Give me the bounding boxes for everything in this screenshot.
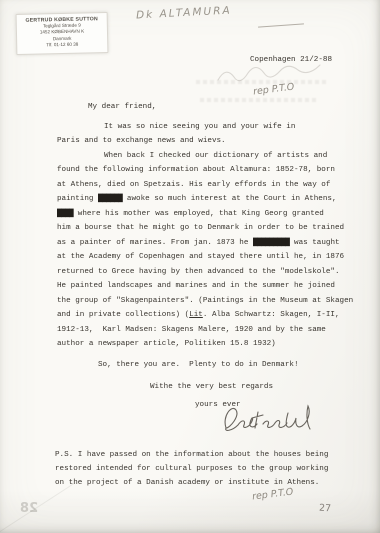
postscript-line: P.S. I have passed on the information ab… bbox=[55, 449, 365, 463]
letter-line: My dear friend, bbox=[88, 100, 380, 115]
letter-line: the group of "Skagenpainters". (Painting… bbox=[57, 294, 380, 309]
typewriter-text: at Athens, died on Spetzais. His early e… bbox=[57, 181, 330, 189]
pencil-underline bbox=[258, 23, 304, 27]
typewriter-text: Paris and to exchange news and wievs. bbox=[57, 137, 226, 145]
letter-line: at Athens, died on Spetzais. His early e… bbox=[57, 178, 380, 193]
typewriter-text: My dear friend, bbox=[88, 103, 156, 111]
typewriter-text: as a painter of marines. From jan. 1873 … bbox=[57, 239, 253, 247]
typewriter-text: the group of "Skagenpainters". (Painting… bbox=[57, 297, 353, 305]
show-through-text-artifact bbox=[196, 80, 326, 84]
letter-line: returned to Grece having by then advance… bbox=[57, 265, 380, 280]
typewriter-text: 1912-13, Karl Madsen: Skagens Malere, 19… bbox=[57, 326, 326, 334]
typewriter-text: author a newspaper article, Politiken 15… bbox=[57, 340, 276, 348]
typewriter-text: where his mother was employed, that King… bbox=[73, 210, 324, 218]
letter-line: 1912-13, Karl Madsen: Skagens Malere, 19… bbox=[57, 323, 380, 338]
postscript-block: P.S. I have passed on the information ab… bbox=[55, 449, 365, 490]
paper-crease bbox=[0, 482, 76, 533]
letter-line: Withe the very best regards bbox=[150, 380, 380, 395]
sender-address-stamp: GERTRUD KØBKE SUTTON Teglgård Stræde 9 1… bbox=[16, 12, 109, 55]
letter-scan-page: GERTRUD KØBKE SUTTON Teglgård Stræde 9 1… bbox=[0, 0, 380, 533]
letter-line: as a painter of marines. From jan. 1873 … bbox=[57, 236, 380, 251]
letter-line: It was so nice seeing you and your wife … bbox=[104, 120, 380, 135]
letter-line: ████ where his mother was employed, that… bbox=[57, 207, 380, 222]
typewriter-text: found the following information about Al… bbox=[57, 166, 335, 174]
letter-line: at the Academy of Copenhagen and stayed … bbox=[57, 250, 380, 265]
handwritten-note-top: Dk ALTAMURA bbox=[136, 5, 232, 22]
letter-line: painting ██████ awoke so much interest a… bbox=[57, 192, 380, 207]
postscript-line: restored intended for cultural purposes … bbox=[55, 463, 365, 477]
typewriter-text: returned to Grece having by then advance… bbox=[57, 268, 340, 276]
typewriter-text: Withe the very best regards bbox=[150, 383, 273, 391]
typewriter-text: . Alba Schwartz: Skagen, I-II, bbox=[203, 311, 340, 319]
letter-body: My dear friend,It was so nice seeing you… bbox=[0, 100, 380, 412]
typewriter-text: at the Academy of Copenhagen and stayed … bbox=[57, 253, 344, 261]
typewriter-text: So, there you are. Plenty to do in Denma… bbox=[98, 361, 299, 369]
sender-phone: Tlf. 01-12 60 38 bbox=[19, 41, 105, 49]
letter-line: When back I checked our dictionary of ar… bbox=[104, 149, 380, 164]
typewriter-text: It was so nice seeing you and your wife … bbox=[104, 123, 295, 131]
postscript-line: on the project of a Danish academy or in… bbox=[55, 477, 365, 491]
typewriter-text: painting bbox=[57, 195, 98, 203]
typewriter-text: When back I checked our dictionary of ar… bbox=[104, 152, 327, 160]
typewriter-text: He painted landscapes and marines and in… bbox=[57, 282, 335, 290]
letter-line: He painted landscapes and marines and in… bbox=[57, 279, 380, 294]
struck-out-text: ██████ bbox=[98, 195, 122, 203]
letter-line: So, there you are. Plenty to do in Denma… bbox=[98, 358, 380, 373]
typewriter-text: awoke so much interest at the Court in A… bbox=[122, 195, 336, 203]
letter-line: author a newspaper article, Politiken 15… bbox=[57, 337, 380, 352]
typewriter-text: him a bourse that he might go to Denmark… bbox=[57, 224, 344, 232]
letter-line: him a bourse that he might go to Denmark… bbox=[57, 221, 380, 236]
struck-out-text: ████ bbox=[57, 210, 73, 218]
typewriter-text: was taught bbox=[289, 239, 339, 247]
letter-line: found the following information about Al… bbox=[57, 163, 380, 178]
page-number: 27 bbox=[319, 503, 332, 515]
letter-line: and in private collections) (Lit. Alba S… bbox=[57, 308, 380, 323]
signature bbox=[218, 398, 318, 436]
typewriter-text: and in private collections) ( bbox=[57, 311, 189, 319]
letter-line: Paris and to exchange news and wievs. bbox=[57, 134, 380, 149]
struck-out-text: █████████ bbox=[253, 239, 290, 247]
typewriter-text: Lit bbox=[189, 311, 203, 319]
